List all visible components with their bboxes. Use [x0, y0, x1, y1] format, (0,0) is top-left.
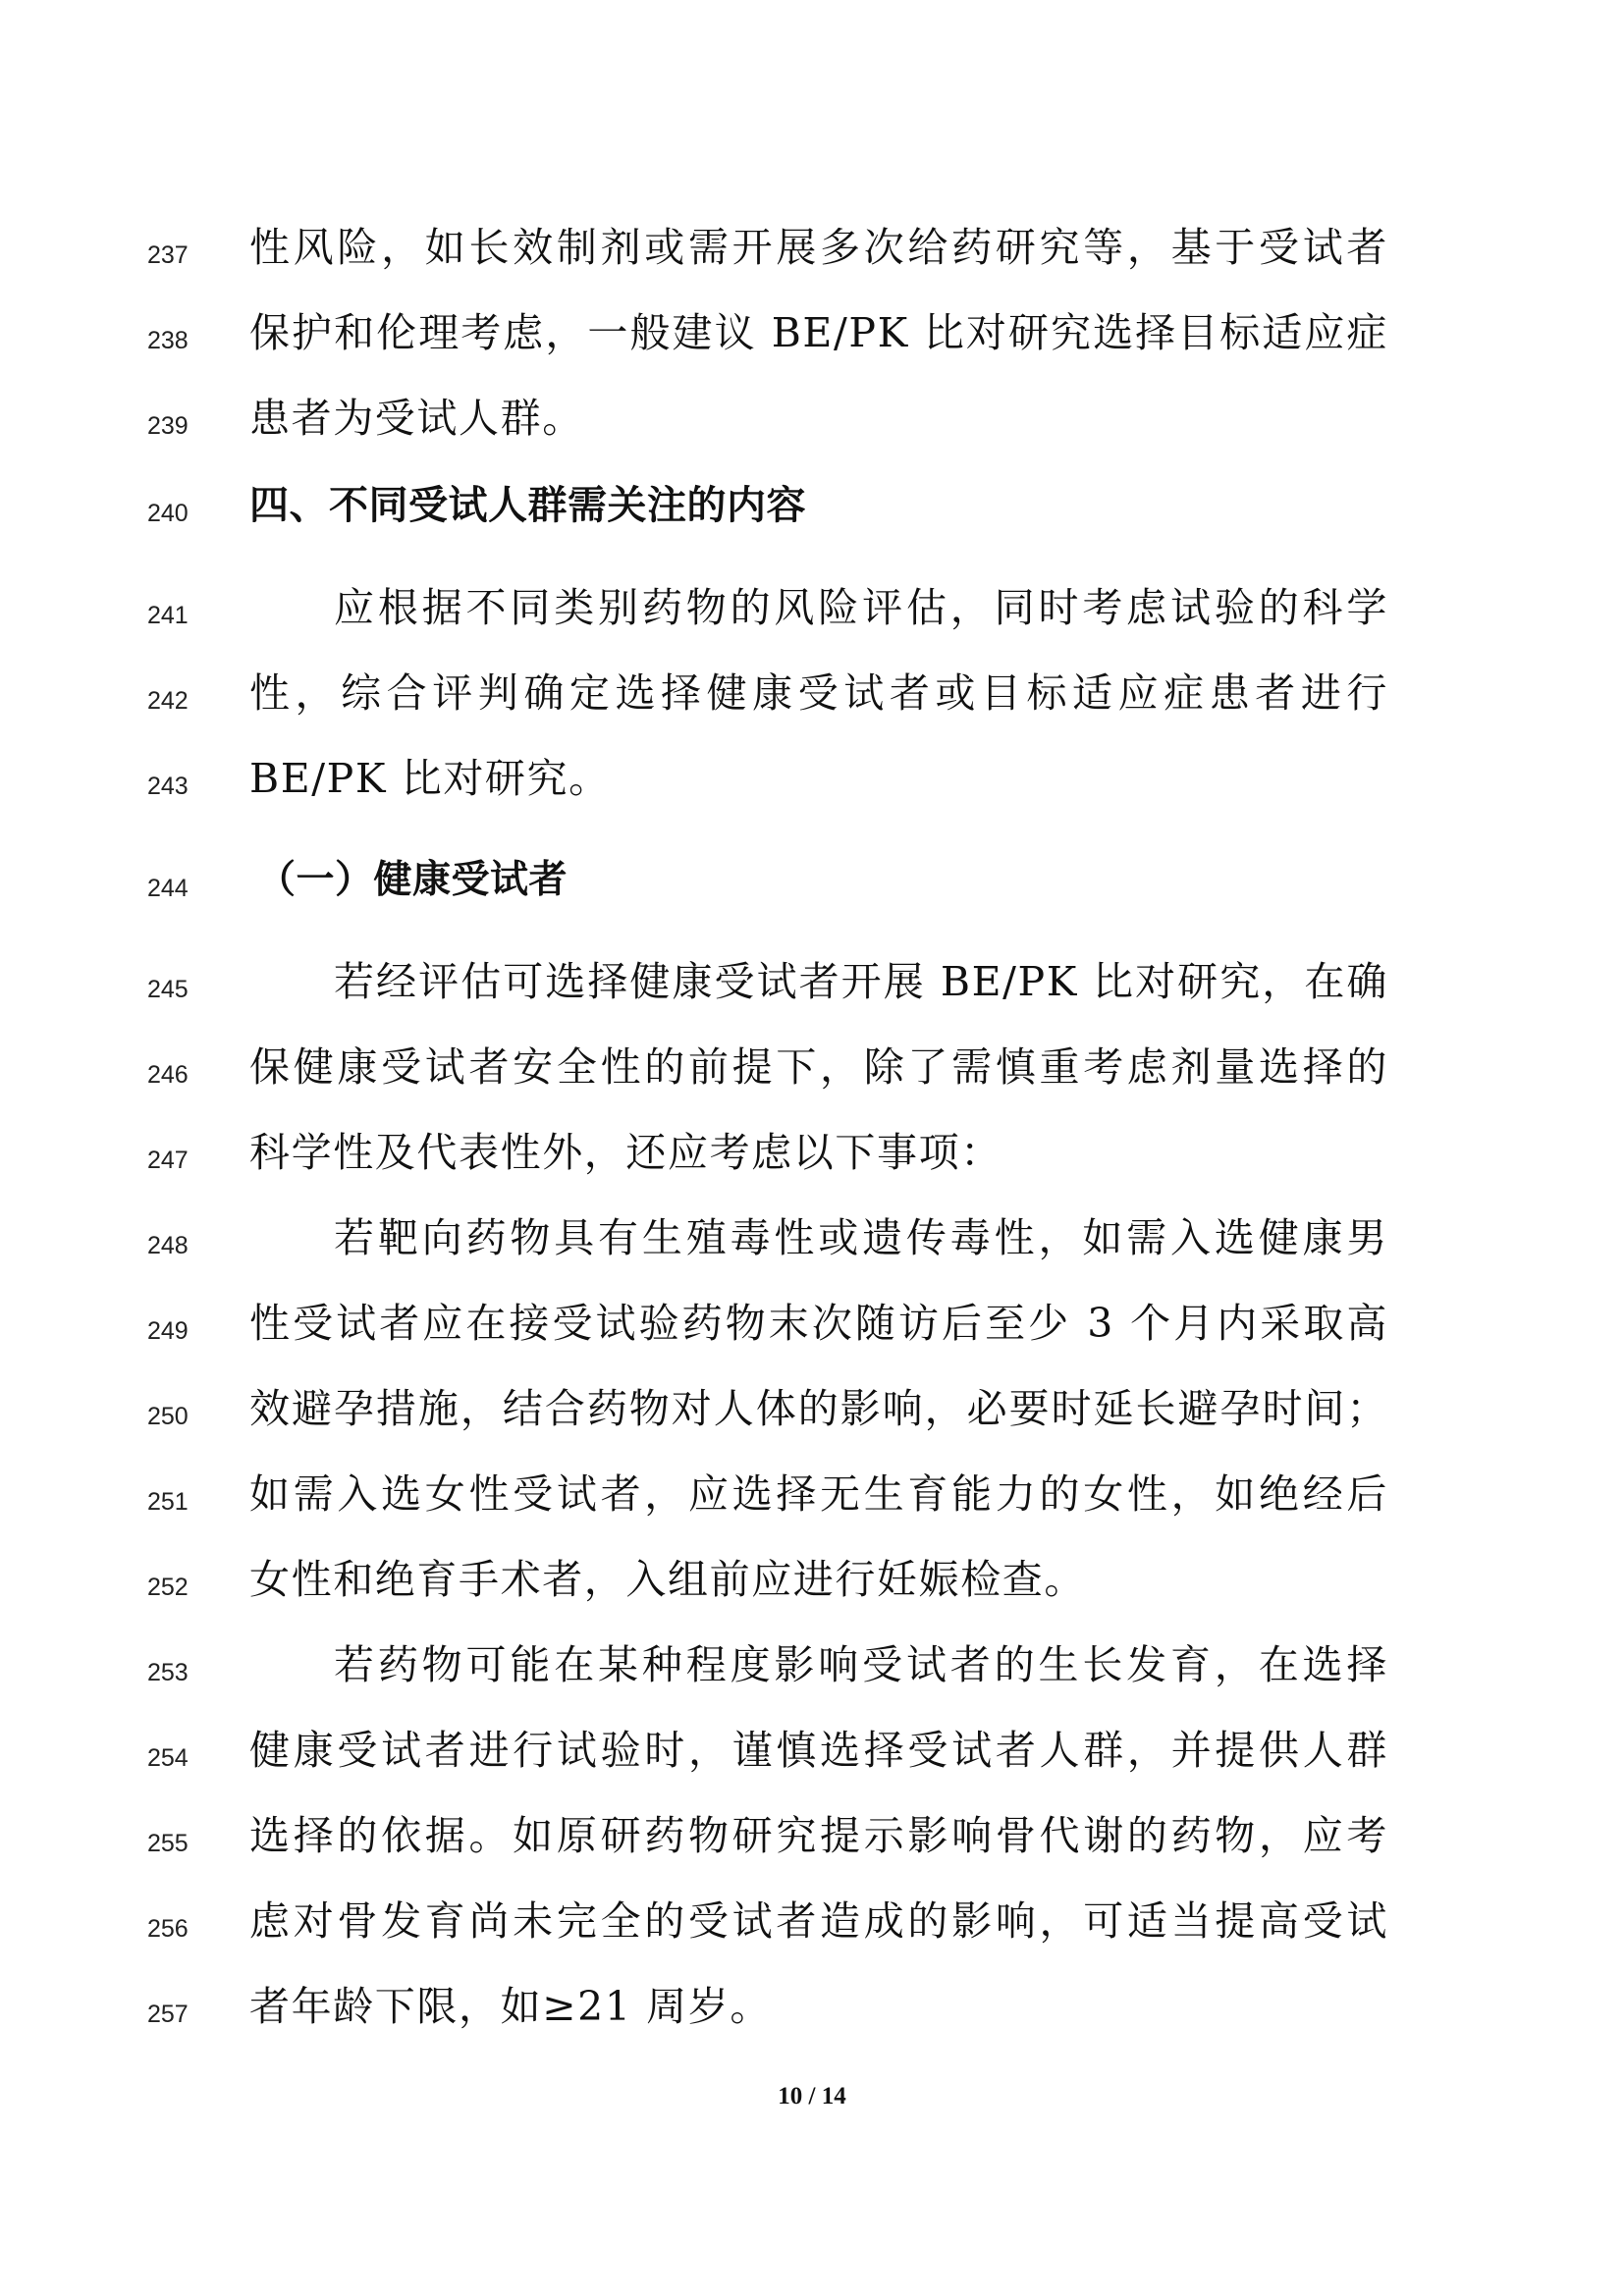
line-237: 237 性风险，如长效制剂或需开展多次给药研究等，基于受试者	[0, 218, 1624, 277]
line-250: 250 效避孕措施，结合药物对人体的影响，必要时延长避孕时间；	[0, 1379, 1624, 1438]
paragraph-start: 若药物可能在某种程度影响受试者的生长发育，在选择	[334, 1635, 1388, 1694]
line-number: 243	[147, 757, 206, 816]
line-number: 239	[147, 397, 206, 455]
line-247: 247 科学性及代表性外，还应考虑以下事项：	[0, 1123, 1624, 1182]
body-text: 患者为受试人群。	[249, 389, 1388, 448]
body-text: 选择的依据。如原研药物研究提示影响骨代谢的药物，应考	[249, 1806, 1388, 1865]
line-number: 248	[147, 1216, 206, 1275]
line-254: 254 健康受试者进行试验时，谨慎选择受试者人群，并提供人群	[0, 1721, 1624, 1780]
body-text: 效避孕措施，结合药物对人体的影响，必要时延长避孕时间；	[249, 1379, 1388, 1438]
body-text: 健康受试者进行试验时，谨慎选择受试者人群，并提供人群	[249, 1721, 1388, 1780]
line-249: 249 性受试者应在接受试验药物末次随访后至少 3 个月内采取高	[0, 1294, 1624, 1353]
line-number: 237	[147, 226, 206, 285]
line-number: 250	[147, 1387, 206, 1446]
line-244: 244 （一）健康受试者	[0, 851, 1624, 910]
page-indicator: 10 / 14	[0, 2083, 1624, 2110]
line-number: 242	[147, 671, 206, 730]
subsection-heading: （一）健康受试者	[257, 851, 1396, 910]
body-text: BE/PK 比对研究。	[249, 749, 1388, 808]
line-number: 253	[147, 1643, 206, 1702]
line-number: 251	[147, 1472, 206, 1531]
line-256: 256 虑对骨发育尚未完全的受试者造成的影响，可适当提高受试	[0, 1892, 1624, 1950]
line-241: 241 应根据不同类别药物的风险评估，同时考虑试验的科学	[0, 578, 1624, 637]
body-text: 性，综合评判确定选择健康受试者或目标适应症患者进行	[249, 664, 1388, 722]
line-number: 254	[147, 1729, 206, 1788]
line-number: 256	[147, 1899, 206, 1958]
line-238: 238 保护和伦理考虑，一般建议 BE/PK 比对研究选择目标适应症	[0, 303, 1624, 362]
line-number: 238	[147, 311, 206, 370]
body-text: 者年龄下限，如≥21 周岁。	[249, 1977, 1388, 2036]
line-number: 257	[147, 1985, 206, 2044]
body-text: 虑对骨发育尚未完全的受试者造成的影响，可适当提高受试	[249, 1892, 1388, 1950]
line-number: 244	[147, 859, 206, 918]
body-text: 科学性及代表性外，还应考虑以下事项：	[249, 1123, 1388, 1182]
line-number: 252	[147, 1558, 206, 1617]
body-text: 女性和绝育手术者，入组前应进行妊娠检查。	[249, 1550, 1388, 1609]
body-text: 性受试者应在接受试验药物末次随访后至少 3 个月内采取高	[249, 1294, 1388, 1353]
line-248: 248 若靶向药物具有生殖毒性或遗传毒性，如需入选健康男	[0, 1208, 1624, 1267]
line-number: 240	[147, 484, 206, 543]
line-245: 245 若经评估可选择健康受试者开展 BE/PK 比对研究，在确	[0, 952, 1624, 1011]
paragraph-start: 若经评估可选择健康受试者开展 BE/PK 比对研究，在确	[334, 952, 1388, 1011]
paragraph-start: 应根据不同类别药物的风险评估，同时考虑试验的科学	[334, 578, 1388, 637]
body-text: 保护和伦理考虑，一般建议 BE/PK 比对研究选择目标适应症	[249, 303, 1388, 362]
line-239: 239 患者为受试人群。	[0, 389, 1624, 448]
document-page: 237 性风险，如长效制剂或需开展多次给药研究等，基于受试者 238 保护和伦理…	[0, 0, 1624, 2296]
line-242: 242 性，综合评判确定选择健康受试者或目标适应症患者进行	[0, 664, 1624, 722]
line-number: 245	[147, 960, 206, 1019]
line-number: 249	[147, 1302, 206, 1361]
section-heading: 四、不同受试人群需关注的内容	[249, 476, 1388, 535]
line-number: 255	[147, 1814, 206, 1873]
line-number: 247	[147, 1131, 206, 1190]
line-252: 252 女性和绝育手术者，入组前应进行妊娠检查。	[0, 1550, 1624, 1609]
line-251: 251 如需入选女性受试者，应选择无生育能力的女性，如绝经后	[0, 1465, 1624, 1523]
paragraph-start: 若靶向药物具有生殖毒性或遗传毒性，如需入选健康男	[334, 1208, 1388, 1267]
line-240: 240 四、不同受试人群需关注的内容	[0, 476, 1624, 535]
line-number: 241	[147, 586, 206, 645]
body-text: 如需入选女性受试者，应选择无生育能力的女性，如绝经后	[249, 1465, 1388, 1523]
body-text: 保健康受试者安全性的前提下，除了需慎重考虑剂量选择的	[249, 1038, 1388, 1096]
line-243: 243 BE/PK 比对研究。	[0, 749, 1624, 808]
line-253: 253 若药物可能在某种程度影响受试者的生长发育，在选择	[0, 1635, 1624, 1694]
line-255: 255 选择的依据。如原研药物研究提示影响骨代谢的药物，应考	[0, 1806, 1624, 1865]
line-257: 257 者年龄下限，如≥21 周岁。	[0, 1977, 1624, 2036]
line-246: 246 保健康受试者安全性的前提下，除了需慎重考虑剂量选择的	[0, 1038, 1624, 1096]
line-number: 246	[147, 1045, 206, 1104]
body-text: 性风险，如长效制剂或需开展多次给药研究等，基于受试者	[249, 218, 1388, 277]
